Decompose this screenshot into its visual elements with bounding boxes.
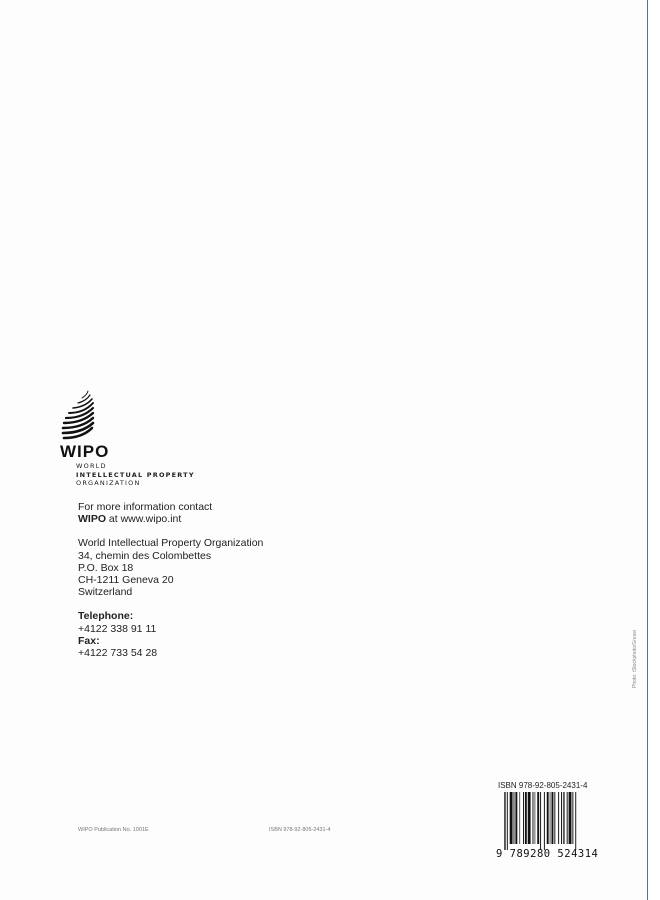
contact-website: WIPO at www.wipo.int: [78, 513, 263, 525]
contact-intro: For more information contact: [78, 501, 263, 513]
barcode-digits: 9 789280 524314: [496, 848, 598, 860]
page-margin: [648, 0, 660, 900]
barcode-icon: [504, 792, 592, 850]
wipo-logo: WIPO WORLD INTELLECTUAL PROPERTY ORGANIZ…: [60, 388, 260, 444]
logo-line-ip: INTELLECTUAL PROPERTY: [76, 471, 195, 480]
logo-subtitle: WORLD INTELLECTUAL PROPERTY ORGANIZATION: [76, 462, 195, 488]
logo-line-org: ORGANIZATION: [76, 479, 195, 488]
fax-label: Fax:: [78, 635, 263, 647]
barcode-bars: 9 789280 524314: [504, 792, 592, 858]
website-text: at www.wipo.int: [106, 513, 181, 525]
org-short-name: WIPO: [78, 513, 106, 525]
logo-line-world: WORLD: [76, 462, 195, 471]
telephone-label: Telephone:: [78, 610, 263, 622]
address-line: World Intellectual Property Organization: [78, 537, 263, 549]
address-line: 34, chemin des Colombettes: [78, 550, 263, 562]
address-line: CH-1211 Geneva 20: [78, 574, 263, 586]
address-line: P.O. Box 18: [78, 562, 263, 574]
footer-isbn: ISBN 978-92-805-2431-4: [269, 827, 330, 833]
photo-credit: Photo: iStockphoto/Gresei: [632, 630, 638, 688]
address-line: Switzerland: [78, 586, 263, 598]
barcode: ISBN 978-92-805-2431-4 9 789280 524314: [496, 781, 628, 858]
logo-wordmark: WIPO: [60, 442, 109, 462]
barcode-isbn-label: ISBN 978-92-805-2431-4: [498, 781, 628, 790]
telephone-number: +4122 338 91 11: [78, 623, 263, 635]
contact-info: For more information contact WIPO at www…: [78, 501, 263, 659]
publication-number: WIPO Publication No. 1001E: [78, 827, 149, 833]
fax-number: +4122 733 54 28: [78, 647, 263, 659]
wipo-globe-icon: [60, 388, 100, 444]
